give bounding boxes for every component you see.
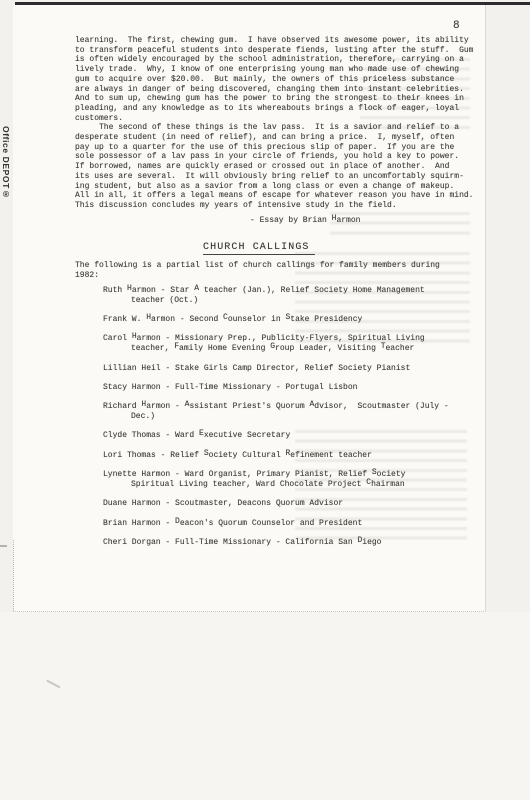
calling-line: Clyde Thomas - Ward Executive Secretary — [103, 431, 493, 441]
calling-item: Ruth Harmon - Star A teacher (Jan.), Rel… — [103, 286, 493, 305]
calling-item: Cheri Dorgan - Full-Time Missionary - Ca… — [103, 538, 493, 548]
calling-line: Duane Harmon - Scoutmaster, Deacons Quor… — [103, 499, 493, 509]
calling-line: Lori Thomas - Relief Society Cultural Re… — [103, 451, 493, 461]
paper-brand-watermark: Office DEPOT® — [1, 126, 11, 200]
calling-item: Frank W. Harmon - Second Counselor in St… — [103, 315, 493, 325]
calling-item: Richard Harmon - Assistant Priest's Quor… — [103, 402, 493, 421]
scan-edge-line — [15, 2, 530, 5]
calling-line: Cheri Dorgan - Full-Time Missionary - Ca… — [103, 538, 493, 548]
calling-item: Duane Harmon - Scoutmaster, Deacons Quor… — [103, 499, 493, 509]
calling-line-continuation: Dec.) — [103, 412, 493, 422]
section-intro: The following is a partial list of churc… — [75, 261, 440, 280]
callings-list: Ruth Harmon - Star A teacher (Jan.), Rel… — [103, 286, 493, 558]
section-heading: CHURCH CALLINGS — [203, 242, 315, 255]
calling-item: Brian Harmon - Deacon's Quorum Counselor… — [103, 519, 493, 529]
calling-item: Carol Harmon - Missionary Prep., Publici… — [103, 334, 493, 353]
calling-line: Carol Harmon - Missionary Prep., Publici… — [103, 334, 493, 344]
calling-line: Ruth Harmon - Star A teacher (Jan.), Rel… — [103, 286, 493, 296]
essay-body: learning. The first, chewing gum. I have… — [75, 36, 473, 211]
scan-mark — [0, 545, 7, 547]
calling-item: Stacy Harmon - Full-Time Missionary - Po… — [103, 383, 493, 393]
calling-line: Brian Harmon - Deacon's Quorum Counselor… — [103, 519, 493, 529]
calling-line-continuation: teacher (Oct.) — [103, 296, 493, 306]
scanner-background — [0, 612, 530, 800]
scanned-document-page: Office DEPOT® 8 learning. The first, che… — [0, 0, 530, 800]
calling-line: Richard Harmon - Assistant Priest's Quor… — [103, 402, 493, 412]
calling-item: Clyde Thomas - Ward Executive Secretary — [103, 431, 493, 441]
calling-line: Stacy Harmon - Full-Time Missionary - Po… — [103, 383, 493, 393]
calling-line: Lynette Harmon - Ward Organist, Primary … — [103, 470, 493, 480]
calling-line-continuation: Spiritual Living teacher, Ward Chocolate… — [103, 480, 493, 490]
essay-byline: - Essay by Brian Harmon — [250, 216, 360, 226]
calling-line: Frank W. Harmon - Second Counselor in St… — [103, 315, 493, 325]
calling-line-continuation: teacher, Family Home Evening Group Leade… — [103, 344, 493, 354]
page-number: 8 — [453, 20, 460, 32]
calling-item: Lori Thomas - Relief Society Cultural Re… — [103, 451, 493, 461]
paper-perforation-edge — [13, 540, 15, 611]
calling-item: Lillian Heil - Stake Girls Camp Director… — [103, 364, 493, 374]
calling-item: Lynette Harmon - Ward Organist, Primary … — [103, 470, 493, 489]
calling-line: Lillian Heil - Stake Girls Camp Director… — [103, 364, 493, 374]
